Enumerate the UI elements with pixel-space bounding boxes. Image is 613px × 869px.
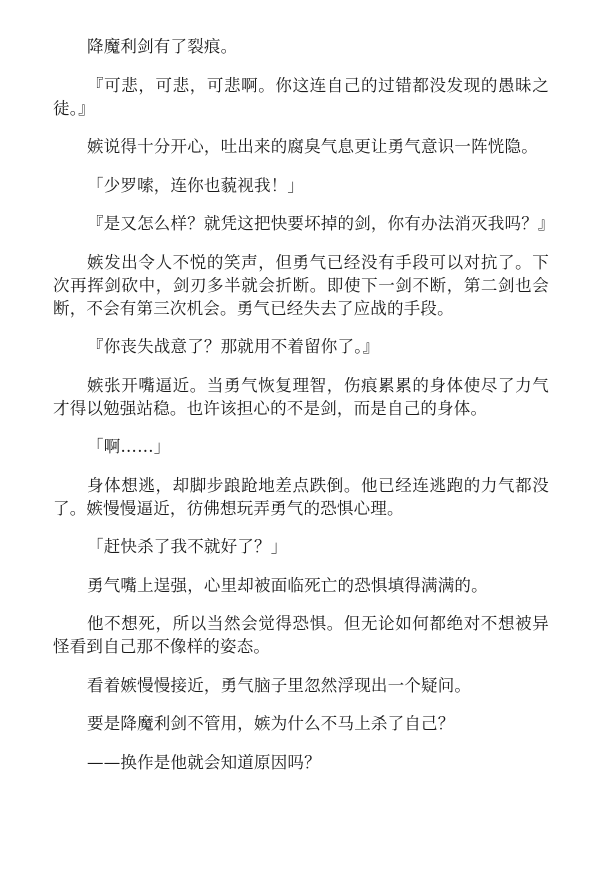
paragraph: 「赶快杀了我不就好了？」 — [53, 535, 549, 558]
paragraph: 他不想死，所以当然会觉得恐惧。但无论如何都绝对不想被异怪看到自己那不像样的姿态。 — [53, 612, 549, 658]
paragraph: 勇气嘴上逞强，心里却被面临死亡的恐惧填得满满的。 — [53, 574, 549, 597]
paragraph: 『是又怎么样？就凭这把快要坏掉的剑，你有办法消灭我吗？』 — [53, 212, 549, 235]
paragraph: 「少罗嗦，连你也藐视我！」 — [53, 174, 549, 197]
paragraph: 『你丧失战意了？那就用不着留你了。』 — [53, 335, 549, 358]
paragraph: 要是降魔利剑不管用，嫉为什么不马上杀了自己？ — [53, 712, 549, 735]
paragraph: ——换作是他就会知道原因吗？ — [53, 751, 549, 774]
paragraph: 嫉说得十分开心，吐出来的腐臭气息更让勇气意识一阵恍隐。 — [53, 135, 549, 158]
paragraph: 嫉张开嘴逼近。当勇气恢复理智，伤痕累累的身体使尽了力气才得以勉强站稳。也许该担心… — [53, 374, 549, 420]
paragraph: 降魔利剑有了裂痕。 — [53, 35, 549, 58]
document-page: 降魔利剑有了裂痕。 『可悲，可悲，可悲啊。你这连自己的过错都没发现的愚昧之徒。』… — [53, 35, 549, 789]
paragraph: 身体想逃，却脚步踉跄地差点跌倒。他已经连逃跑的力气都没了。嫉慢慢逼近，彷佛想玩弄… — [53, 474, 549, 520]
paragraph: 嫉发出令人不悦的笑声，但勇气已经没有手段可以对抗了。下次再挥剑砍中，剑刃多半就会… — [53, 251, 549, 320]
paragraph: 『可悲，可悲，可悲啊。你这连自己的过错都没发现的愚昧之徒。』 — [53, 74, 549, 120]
paragraph: 看着嫉慢慢接近，勇气脑子里忽然浮现出一个疑问。 — [53, 674, 549, 697]
paragraph: 「啊……」 — [53, 435, 549, 458]
